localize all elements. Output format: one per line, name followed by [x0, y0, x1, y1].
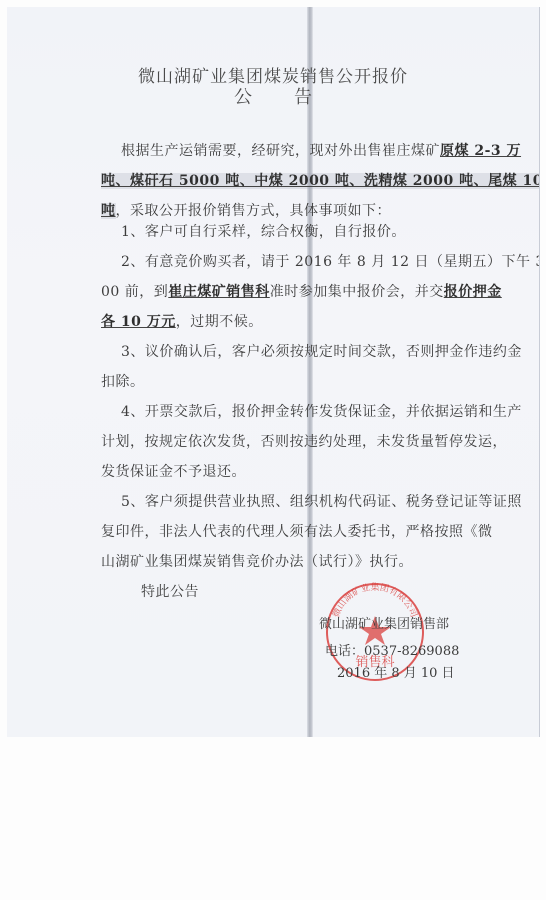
scan-fold-line — [307, 7, 313, 737]
item-2-line-3: 各 10 万元，过期不候。 — [101, 311, 263, 331]
item-2-text: 00 前，到 — [101, 284, 168, 300]
document-subtitle: 公告 — [7, 83, 539, 109]
item-2-line-1: 2、有意竞价购买者，请于 2016 年 8 月 12 日（星期五）下午 3: — [121, 251, 540, 271]
item-4-line-2: 计划，按规定依次发货，否则按违约处理，未发货量暂停发运， — [101, 431, 507, 451]
signature-phone: 电话：0537-8269088 — [325, 640, 459, 659]
item-4-line-3: 发货保证金不予退还。 — [101, 461, 246, 481]
scanned-page: 微山湖矿业集团煤炭销售公开报价 公告 根据生产运销需要，经研究，现对外出售崔庄煤… — [7, 7, 540, 737]
item-2-line-2: 00 前，到崔庄煤矿销售科准时参加集中报价会，并交报价押金 — [101, 281, 502, 301]
intro-text-end: ，采取公开报价销售方式，具体事项如下： — [116, 203, 392, 219]
intro-underlined-2: 吨、煤矸石 5000 吨、中煤 2000 吨、洗精煤 2000 吨、尾煤 100… — [101, 173, 540, 189]
intro-underlined-1: 原煤 2-3 万 — [440, 143, 521, 159]
intro-line-1: 根据生产运销需要，经研究，现对外出售崔庄煤矿原煤 2-3 万 — [121, 140, 521, 160]
item-5-line-1: 5、客户须提供营业执照、组织机构代码证、税务登记证等证照 — [121, 491, 522, 511]
item-4-line-1: 4、开票交款后，报价押金转作发货保证金，并依据运销和生产 — [121, 401, 522, 421]
item-3-line-2: 扣除。 — [101, 371, 145, 391]
item-2-underlined-location: 崔庄煤矿销售科 — [168, 284, 270, 300]
item-3-line-1: 3、议价确认后，客户必须按规定时间交款，否则押金作违约金 — [121, 341, 522, 361]
item-2-underlined-amount: 各 10 万元 — [101, 314, 176, 330]
item-5-line-2: 复印件，非法人代表的代理人须有法人委托书，严格按照《微 — [101, 521, 493, 541]
intro-underlined-3: 吨 — [101, 203, 116, 219]
item-2-text-mid: 准时参加集中报价会，并交 — [270, 284, 444, 300]
intro-line-3: 吨，采取公开报价销售方式，具体事项如下： — [101, 200, 391, 220]
item-5-line-3: 山湖矿业集团煤炭销售竞价办法（试行）》执行。 — [101, 551, 413, 571]
intro-text: 根据生产运销需要，经研究，现对外出售崔庄煤矿 — [121, 143, 440, 159]
item-1-line-1: 1、客户可自行采样，综合权衡，自行报价。 — [121, 221, 406, 241]
item-2-text-end: ，过期不候。 — [176, 314, 263, 330]
signature-org: 微山湖矿业集团销售部 — [319, 613, 449, 632]
item-2-underlined-deposit: 报价押金 — [444, 284, 502, 300]
signature-date: 2016 年 8 月 10 日 — [337, 662, 455, 681]
intro-line-2: 吨、煤矸石 5000 吨、中煤 2000 吨、洗精煤 2000 吨、尾煤 100… — [101, 170, 540, 190]
closing-text: 特此公告 — [141, 581, 199, 601]
